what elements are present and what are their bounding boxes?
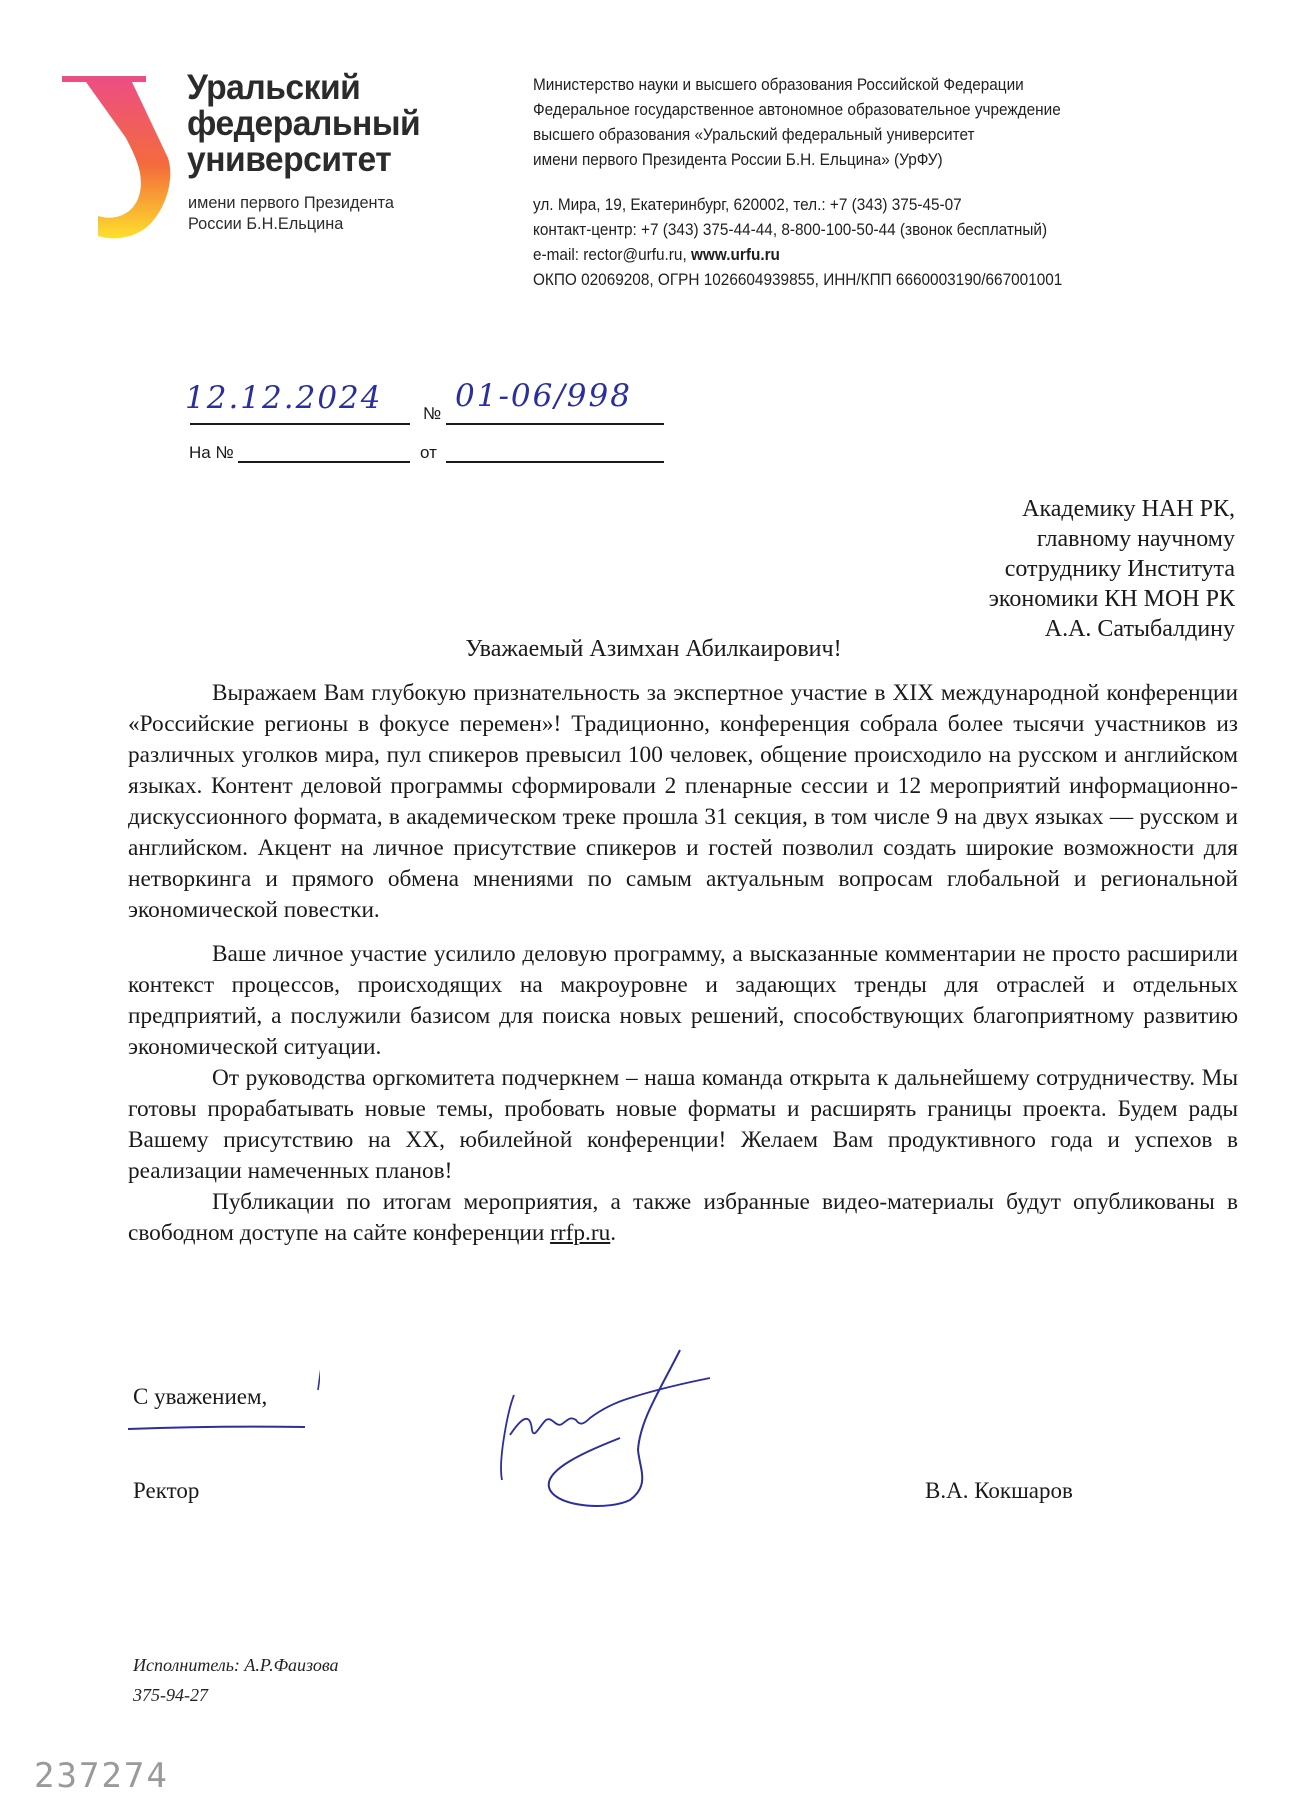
university-subtitle-line: имени первого Президента [188, 192, 394, 213]
executor-name: Исполнитель: А.Р.Фаизова [133, 1650, 339, 1680]
position-text: Ректор [133, 1478, 199, 1504]
university-name-line: федеральный [187, 106, 420, 142]
ministry-block: Министерство науки и высшего образования… [533, 73, 1061, 173]
reply-from-underline [446, 461, 664, 463]
website-link[interactable]: www.urfu.ru [691, 246, 780, 264]
executor-block: Исполнитель: А.Р.Фаизова 375-94-27 [133, 1650, 339, 1710]
addressee-line: сотруднику Института [989, 554, 1235, 584]
addressee-block: Академику НАН РК, главному научному сотр… [989, 494, 1235, 644]
handwritten-date: 12.12.2024 [185, 380, 383, 416]
university-name: Уральский федеральный университет [187, 70, 420, 178]
handwritten-mark-icon [120, 1345, 320, 1435]
date-underline [190, 423, 410, 425]
addressee-line: экономики КН МОН РК [989, 584, 1235, 614]
body-paragraph: Выражаем Вам глубокую признательность за… [128, 678, 1238, 926]
stamp-number: 237274 [34, 1756, 169, 1796]
ministry-line: Министерство науки и высшего образования… [533, 73, 1061, 98]
contact-block: ул. Мира, 19, Екатеринбург, 620002, тел.… [533, 193, 1062, 293]
university-name-line: Уральский [187, 70, 420, 106]
email-line: e-mail: rector@urfu.ru, www.urfu.ru [533, 243, 1062, 268]
body-paragraph: Ваше личное участие усилило деловую прог… [128, 939, 1238, 1063]
urfu-logo-icon [60, 76, 172, 240]
reply-to-underline [238, 461, 410, 463]
reply-to-label: На № [189, 443, 234, 463]
body-text: Публикации по итогам мероприятия, а такж… [128, 1189, 1238, 1246]
executor-phone: 375-94-27 [133, 1680, 339, 1710]
handwritten-number: 01-06/998 [455, 378, 632, 414]
university-subtitle: имени первого Президента России Б.Н.Ельц… [188, 192, 394, 234]
ministry-line: высшего образования «Уральский федеральн… [533, 123, 1061, 148]
reply-from-label: от [420, 443, 437, 463]
contact-center-line: контакт-центр: +7 (343) 375-44-44, 8-800… [533, 218, 1062, 243]
ministry-line: Федеральное государственное автономное о… [533, 98, 1061, 123]
university-name-line: университет [187, 142, 420, 178]
body-paragraph: От руководства оргкомитета подчеркнем – … [128, 1063, 1238, 1187]
number-label: № [423, 404, 441, 424]
signer-name: В.А. Кокшаров [925, 1478, 1073, 1504]
body-paragraph: Публикации по итогам мероприятия, а такж… [128, 1187, 1238, 1249]
university-subtitle-line: России Б.Н.Ельцина [188, 213, 394, 234]
ministry-line: имени первого Президента России Б.Н. Ель… [533, 148, 1061, 173]
salutation: Уважаемый Азимхан Абилкаирович! [0, 636, 1307, 663]
conference-site-link[interactable]: rrfp.ru [550, 1220, 610, 1246]
addressee-line: Академику НАН РК, [989, 494, 1235, 524]
number-underline [446, 423, 664, 425]
body-text: . [610, 1220, 616, 1246]
email-text: e-mail: rector@urfu.ru, [533, 246, 691, 264]
signature-icon [480, 1340, 720, 1510]
registry-line: ОКПО 02069208, ОГРН 1026604939855, ИНН/К… [533, 268, 1062, 293]
letter-body: Выражаем Вам глубокую признательность за… [128, 678, 1238, 1249]
address-line: ул. Мира, 19, Екатеринбург, 620002, тел.… [533, 193, 1062, 218]
addressee-line: главному научному [989, 524, 1235, 554]
